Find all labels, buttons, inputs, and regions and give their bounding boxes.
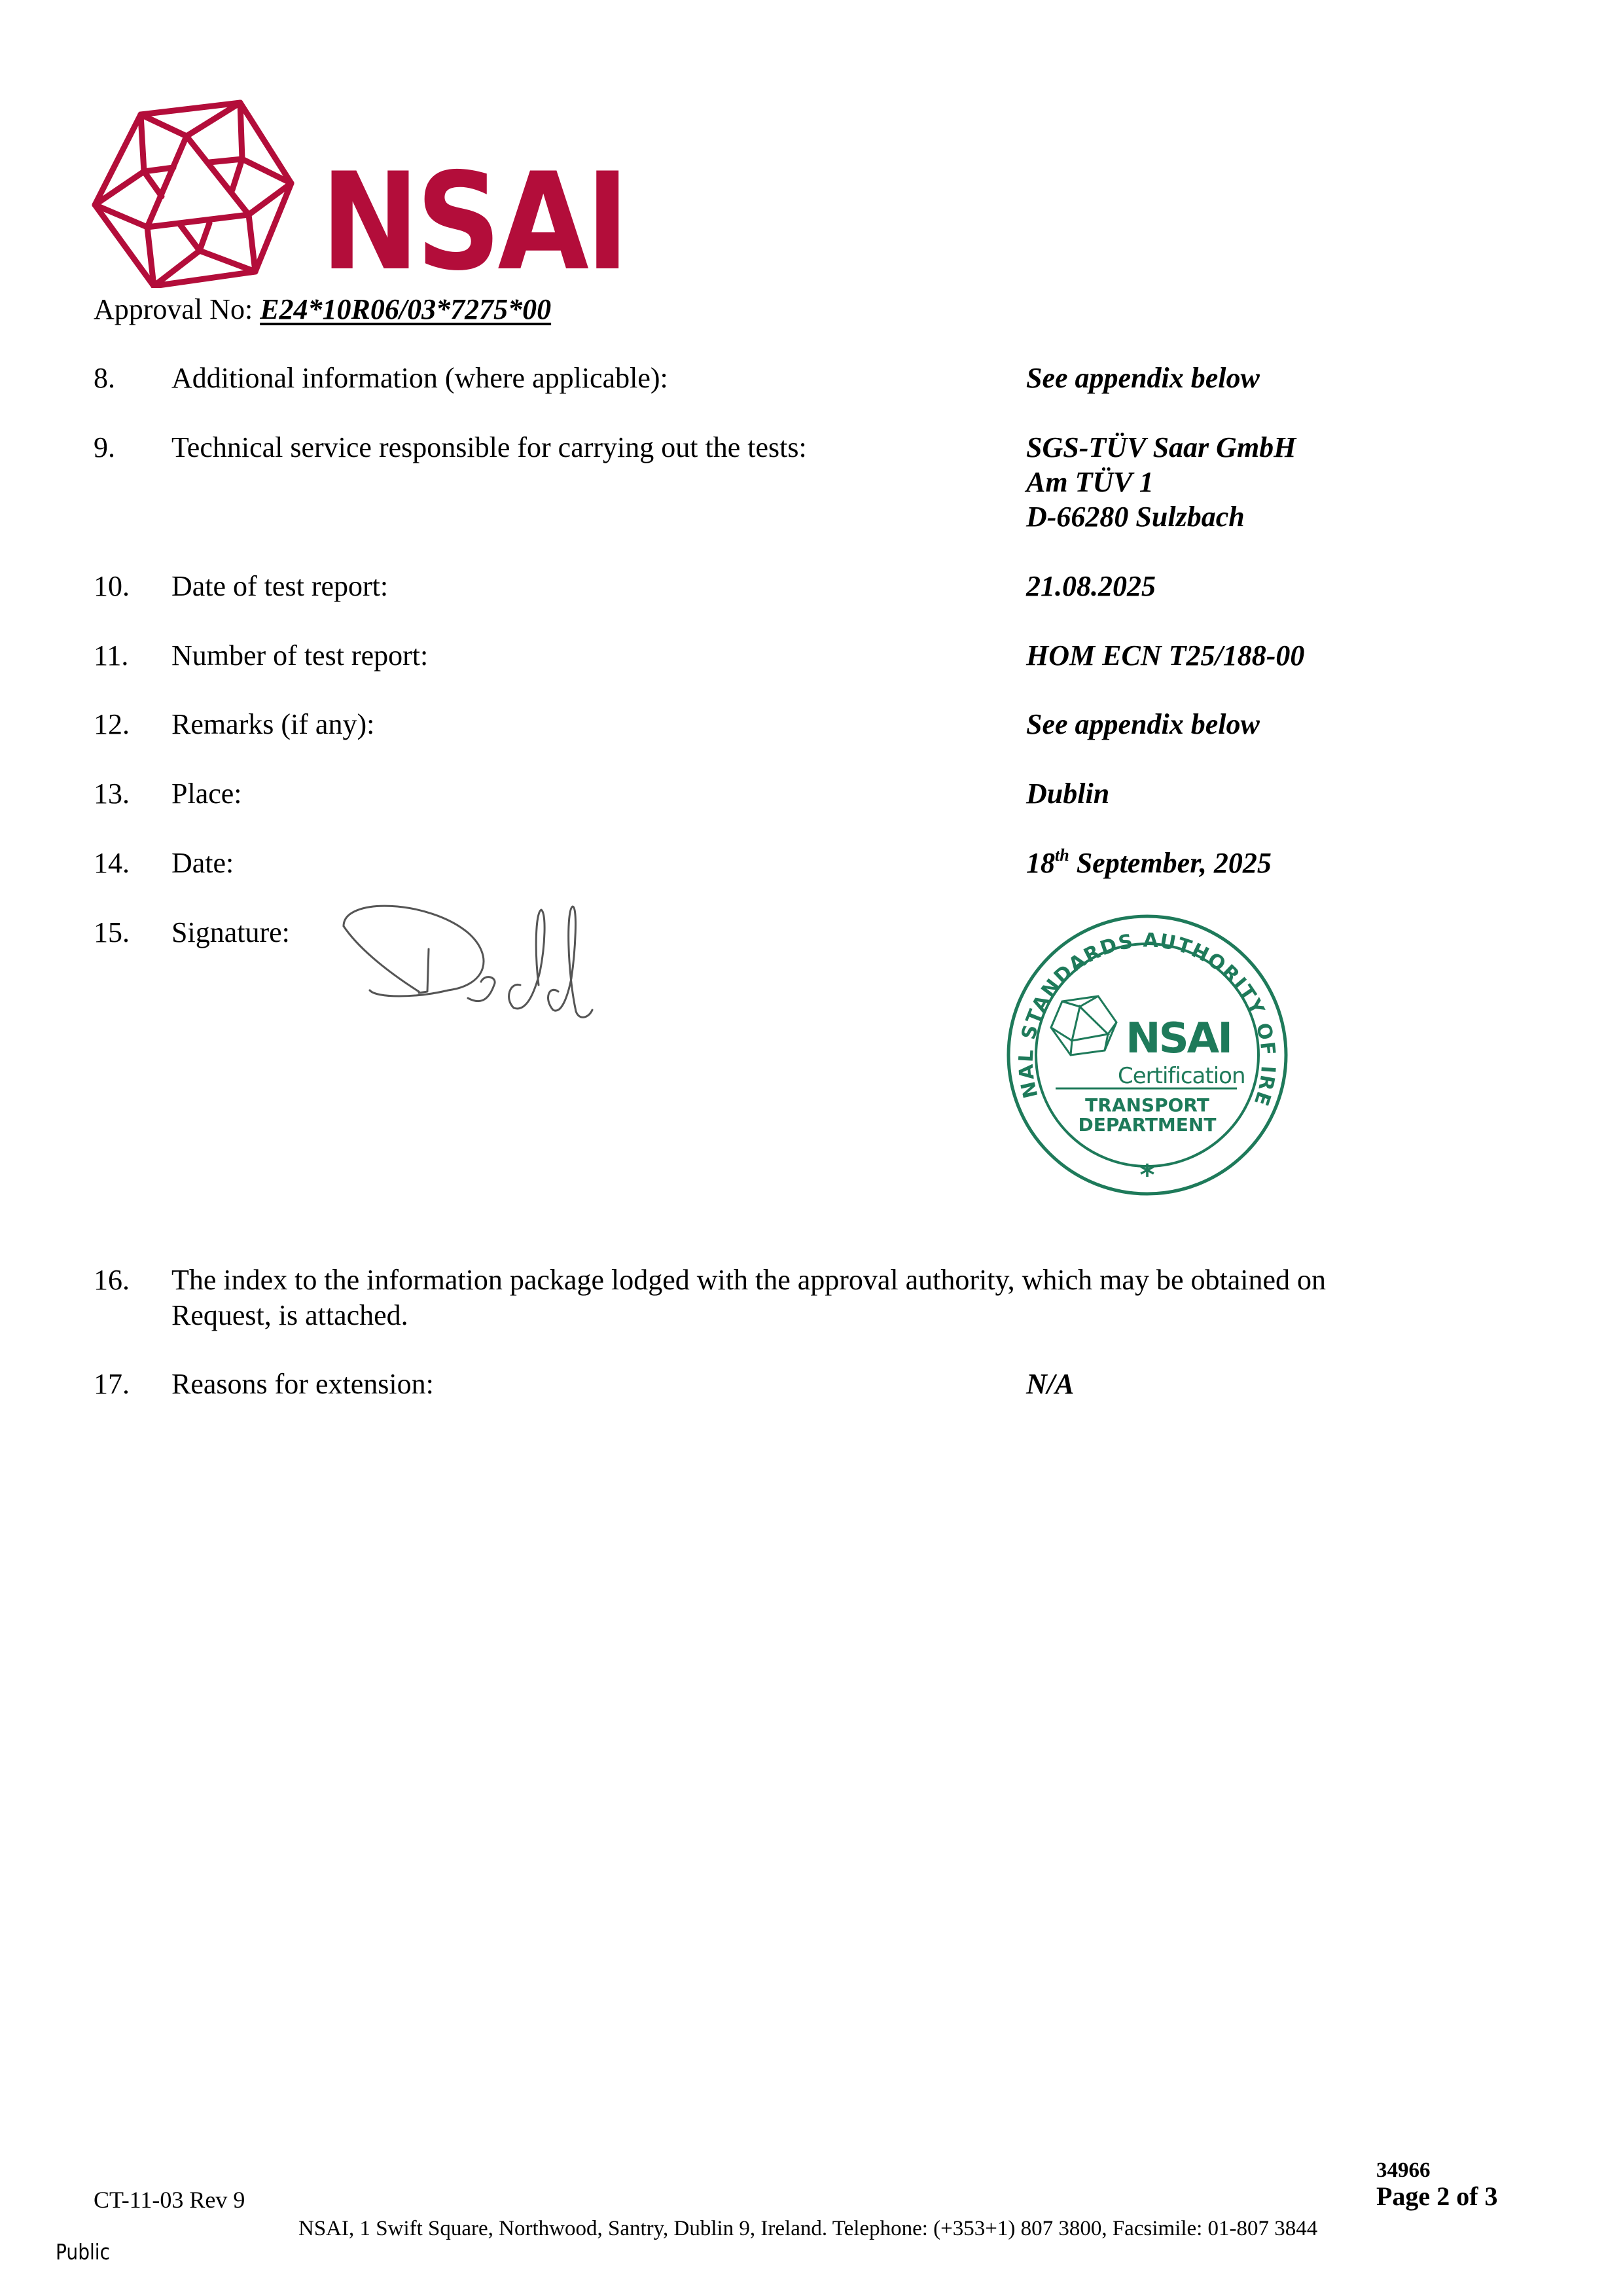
row-8-label: Additional information (where applicable… (171, 361, 668, 395)
row-9-value-line-2: Am TÜV 1 (1026, 465, 1154, 499)
approval-number: E24*10R06/03*7275*00 (260, 293, 551, 325)
row-14-value: 18th September, 2025 (1026, 846, 1272, 880)
row-13-label: Place: (171, 777, 242, 811)
stamp-star-icon: * (1139, 1158, 1154, 1192)
row-10-label: Date of test report: (171, 569, 388, 603)
nsai-certification-stamp: NATIONAL STANDARDS AUTHORITY OF IRELAND … (1000, 903, 1294, 1204)
nsai-logo-icon (88, 95, 298, 288)
classification-label: Public (56, 2240, 110, 2265)
page-number: Page 2 of 3 (1376, 2181, 1498, 2212)
row-14-number: 14. (94, 846, 130, 880)
handwritten-signature (330, 893, 599, 1024)
date-rest: September, 2025 (1069, 847, 1272, 879)
row-9-number: 9. (94, 431, 115, 465)
row-15-label: Signature: (171, 916, 290, 950)
row-12-number: 12. (94, 708, 130, 742)
row-17-number: 17. (94, 1367, 130, 1401)
row-16-text-line-2: Request, is attached. (171, 1299, 408, 1333)
row-17-label: Reasons for extension: (171, 1367, 434, 1401)
document-number: 34966 (1376, 2158, 1431, 2183)
row-12-value: See appendix below (1026, 708, 1260, 742)
row-12-label: Remarks (if any): (171, 708, 374, 742)
stamp-certification-text: Certification (1118, 1063, 1245, 1089)
date-ordinal-suffix: th (1055, 846, 1069, 865)
stamp-nsai-text: NSAI (1126, 1014, 1231, 1063)
date-day: 18 (1026, 847, 1055, 879)
row-17-value: N/A (1026, 1367, 1074, 1401)
row-9-value-line-3: D-66280 Sulzbach (1026, 500, 1245, 534)
row-11-number: 11. (94, 639, 128, 673)
row-9-value-line-1: SGS-TÜV Saar GmbH (1026, 431, 1296, 465)
approval-label: Approval No: (94, 293, 253, 325)
row-16-number: 16. (94, 1263, 130, 1297)
stamp-logo-icon (1051, 996, 1116, 1055)
stamp-dept-line-2: DEPARTMENT (1079, 1114, 1217, 1136)
approval-number-line: Approval No: E24*10R06/03*7275*00 (94, 293, 551, 327)
row-13-value: Dublin (1026, 777, 1109, 811)
row-16-text-line-1: The index to the information package lod… (171, 1263, 1326, 1297)
row-11-label: Number of test report: (171, 639, 428, 673)
stamp-dept-line-1: TRANSPORT (1085, 1094, 1209, 1116)
form-code: CT-11-03 Rev 9 (94, 2186, 245, 2214)
row-9-label: Technical service responsible for carryi… (171, 431, 807, 465)
row-13-number: 13. (94, 777, 130, 811)
row-10-number: 10. (94, 569, 130, 603)
row-8-value: See appendix below (1026, 361, 1260, 395)
row-15-number: 15. (94, 916, 130, 950)
row-8-number: 8. (94, 361, 115, 395)
nsai-logo-wordmark: NSAI (321, 164, 626, 281)
row-10-value: 21.08.2025 (1026, 569, 1156, 603)
row-11-value: HOM ECN T25/188-00 (1026, 639, 1304, 673)
footer-address: NSAI, 1 Swift Square, Northwood, Santry,… (298, 2216, 1317, 2241)
row-14-label: Date: (171, 846, 234, 880)
